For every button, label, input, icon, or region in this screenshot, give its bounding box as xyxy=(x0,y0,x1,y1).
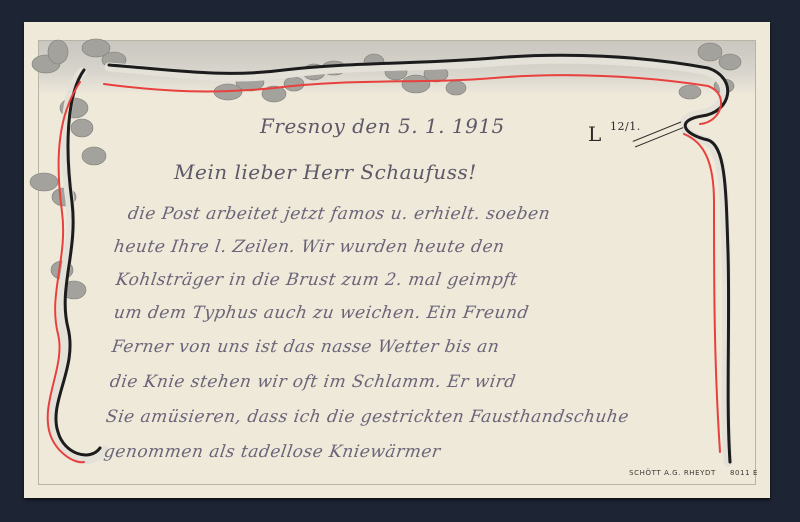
body-line-1: die Post arbeitet jetzt famos u. erhielt… xyxy=(127,204,552,224)
body-line-6: die Knie stehen wir oft im Schlamm. Er w… xyxy=(109,372,518,392)
date-heading: Fresnoy den 5. 1. 1915 xyxy=(260,114,505,138)
body-line-4: um dem Typhus auch zu weichen. Ein Freun… xyxy=(113,303,531,323)
reference-mark: L xyxy=(588,122,602,146)
postcard: Fresnoy den 5. 1. 1915 L 12/1. Mein lieb… xyxy=(24,22,770,498)
body-line-2: heute Ihre l. Zeilen. Wir wurden heute d… xyxy=(113,237,506,257)
publisher-name: SCHÖTT A.G. RHEYDT xyxy=(629,469,716,477)
reference-number: 12/1. xyxy=(610,120,641,133)
salutation: Mein lieber Herr Schaufuss! xyxy=(174,160,477,184)
body-line-7: Sie amüsieren, dass ich die gestrickten … xyxy=(105,407,631,427)
body-line-5: Ferner von uns ist das nasse Wetter bis … xyxy=(111,337,501,357)
catalog-number: 8011 E xyxy=(730,469,758,477)
publisher-imprint: SCHÖTT A.G. RHEYDT8011 E xyxy=(629,469,758,477)
body-line-8: genommen als tadellose Kniewärmer xyxy=(103,442,442,462)
body-line-3: Kohlsträger in die Brust zum 2. mal geim… xyxy=(115,270,519,290)
